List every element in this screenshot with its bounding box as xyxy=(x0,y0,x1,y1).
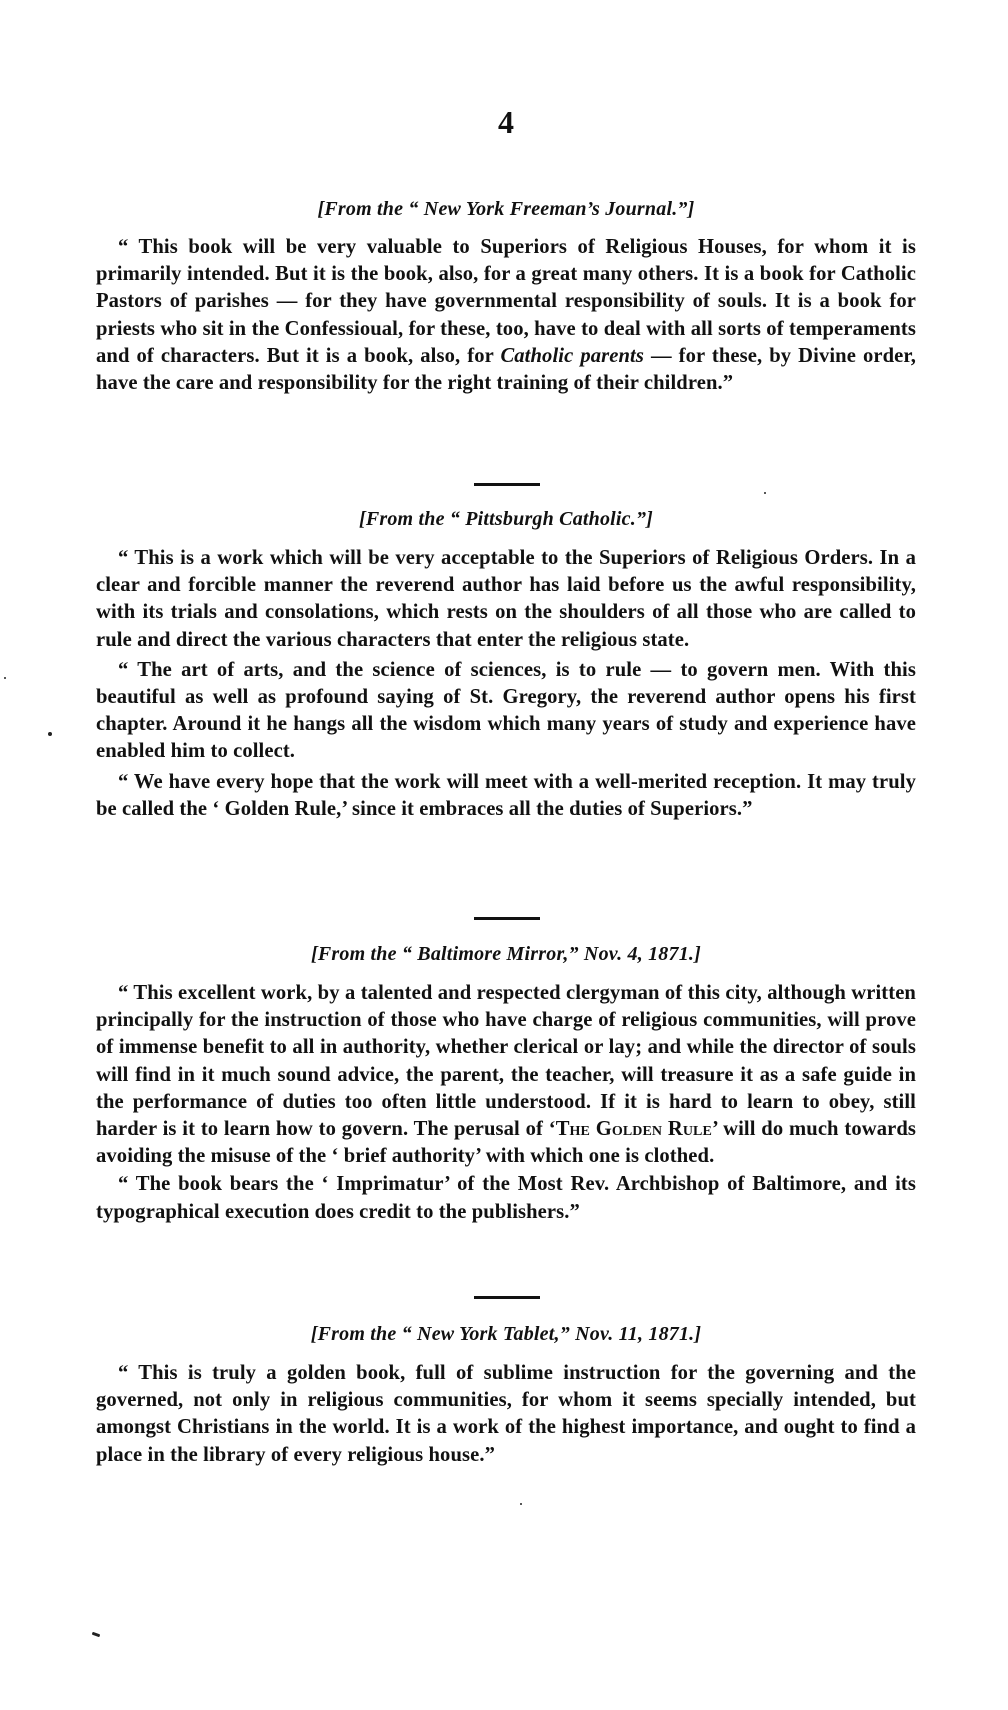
book-page: 4 [From the “ New York Freeman’s Journal… xyxy=(0,0,1008,1710)
source-heading: [From the “ New York Tablet,” Nov. 11, 1… xyxy=(96,1321,916,1347)
page-number: 4 xyxy=(0,104,1008,141)
scan-speck xyxy=(4,677,6,679)
review-section-baltimore-mirror: [From the “ Baltimore Mirror,” Nov. 4, 1… xyxy=(96,941,916,1226)
section-divider xyxy=(474,1296,540,1299)
section-divider xyxy=(474,917,540,920)
source-heading: [From the “ Pittsburgh Catholic.”] xyxy=(96,506,916,532)
review-paragraph: “ This excellent work, by a talented and… xyxy=(96,980,916,1170)
scan-speck xyxy=(92,1632,101,1638)
review-section-new-york-tablet: [From the “ New York Tablet,” Nov. 11, 1… xyxy=(96,1321,916,1469)
review-paragraph: “ The art of arts, and the science of sc… xyxy=(96,657,916,766)
scan-speck xyxy=(520,1503,522,1505)
section-divider xyxy=(474,483,540,486)
scan-speck xyxy=(48,732,52,736)
review-paragraph: “ The book bears the ‘ Imprimatur’ of th… xyxy=(96,1171,916,1225)
scan-speck xyxy=(764,492,766,494)
review-section-pittsburgh-catholic: [From the “ Pittsburgh Catholic.”] “ Thi… xyxy=(96,506,916,823)
review-paragraph: “ This book will be very valuable to Sup… xyxy=(96,234,916,397)
source-heading: [From the “ New York Freeman’s Journal.”… xyxy=(96,196,916,222)
review-paragraph: “ This is a work which will be very acce… xyxy=(96,545,916,654)
review-paragraph: “ This is truly a golden book, full of s… xyxy=(96,1360,916,1469)
review-paragraph: “ We have every hope that the work will … xyxy=(96,769,916,823)
source-heading: [From the “ Baltimore Mirror,” Nov. 4, 1… xyxy=(96,941,916,967)
review-section-freemans-journal: [From the “ New York Freeman’s Journal.”… xyxy=(96,196,916,397)
book-title-smallcaps: The Golden Rule xyxy=(556,1118,712,1140)
emphasis-text: Catholic parents xyxy=(500,345,644,367)
